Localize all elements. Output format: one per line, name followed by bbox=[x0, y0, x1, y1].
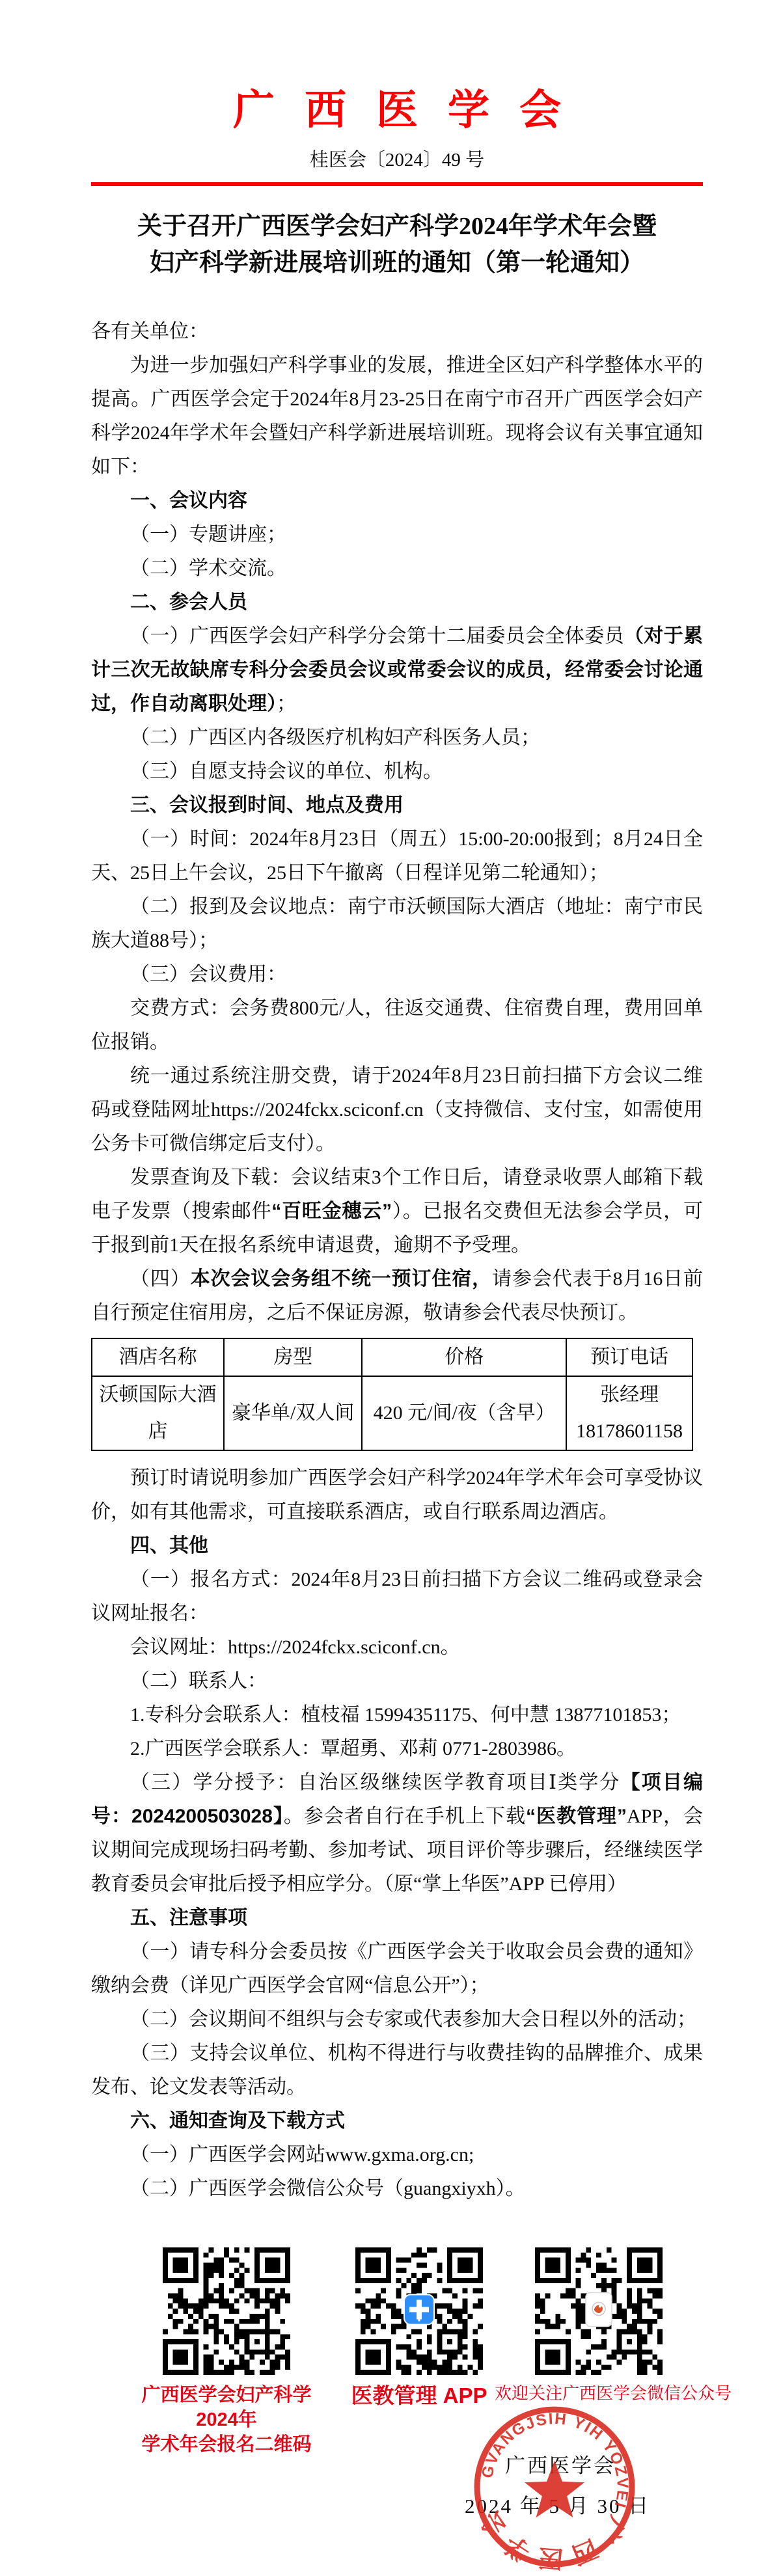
registration-qr-code bbox=[163, 2247, 290, 2375]
paragraph: （一）广西医学会网站www.gxma.org.cn; bbox=[91, 2138, 703, 2172]
section-heading: 一、会议内容 bbox=[91, 484, 703, 518]
text-run: （三）学分授予：自治区级继续医学教育项目Ⅰ类学分 bbox=[130, 1772, 621, 1793]
paragraph: 为进一步加强妇产科学事业的发展，推进全区妇产科学整体水平的提高。广西医学会定于2… bbox=[91, 349, 703, 484]
text-run: （一）时间：2024年8月23日（周五）15:00-20:00报到；8月24日全… bbox=[91, 828, 703, 884]
paragraph: （二）广西医学会微信公众号（guangxiyxh）。 bbox=[91, 2172, 703, 2206]
text-run: （一）专题讲座； bbox=[130, 524, 286, 545]
paragraph: （三）会议费用： bbox=[91, 958, 703, 992]
qr-item-yijiao-app: 医教管理 APP bbox=[315, 2247, 523, 2409]
official-seal: GVANGJSIH YIH YOZVEI 广西医学会 bbox=[469, 2401, 640, 2573]
qr-pattern bbox=[163, 2247, 290, 2375]
paragraph: 会议网址：https://2024fckx.sciconf.cn。 bbox=[91, 1631, 703, 1664]
section-heading: 五、注意事项 bbox=[91, 1901, 703, 1935]
document-title: 关于召开广西医学会妇产科学2024年学术年会暨 妇产科学新进展培训班的通知（第一… bbox=[91, 208, 703, 281]
hotel-table-header: 价格 bbox=[362, 1338, 566, 1376]
paragraph: （一）时间：2024年8月23日（周五）15:00-20:00报到；8月24日全… bbox=[91, 822, 703, 890]
text-run: 1.专科分会联系人：植枝福 15994351175、何中慧 1387710185… bbox=[130, 1704, 681, 1726]
seal-star bbox=[525, 2461, 584, 2517]
text-run: 2.广西医学会联系人：覃超勇、邓莉 0771-2803986。 bbox=[130, 1738, 576, 1759]
text-run: （二）联系人： bbox=[130, 1670, 267, 1692]
paragraph: （二）会议期间不组织与会专家或代表参加大会日程以外的活动； bbox=[91, 2003, 703, 2037]
paragraph: 2.广西医学会联系人：覃超勇、邓莉 0771-2803986。 bbox=[91, 1732, 703, 1766]
paragraph: 统一通过系统注册交费，请于2024年8月23日前扫描下方会议二维码或登陆网址ht… bbox=[91, 1059, 703, 1161]
hotel-table: 酒店名称房型价格预订电话沃顿国际大酒店豪华单/双人间420 元/间/夜（含早）张… bbox=[91, 1338, 693, 1451]
text-run: （三）支持会议单位、机构不得进行与收费挂钩的品牌推介、成果发布、论文发表等活动。 bbox=[91, 2042, 703, 2098]
text-run: （一）请专科分会委员按《广西医学会关于收取会员会费的通知》缴纳会费（详见广西医学… bbox=[91, 1941, 703, 1996]
text-run: （一）广西医学会妇产科学分会第十二届委员会全体委员 bbox=[130, 625, 624, 647]
emphasis-text: 本次会议会务组不统一预订住宿， bbox=[191, 1268, 492, 1290]
hotel-table-cell: 沃顿国际大酒店 bbox=[92, 1376, 224, 1450]
document-page: 广西医学会 桂医会〔2024〕49 号 关于召开广西医学会妇产科学2024年学术… bbox=[0, 0, 781, 2576]
text-run: 六、通知查询及下载方式 bbox=[130, 2110, 345, 2132]
text-run: 为进一步加强妇产科学事业的发展，推进全区妇产科学整体水平的提高。广西医学会定于2… bbox=[91, 355, 703, 478]
paragraph: 交费方式：会务费800元/人，往返交通费、住宿费自理，费用回单位报销。 bbox=[91, 992, 703, 1059]
paragraph: （二）广西区内各级医疗机构妇产科医务人员； bbox=[91, 721, 703, 755]
text-run: （三）会议费用： bbox=[130, 964, 286, 985]
paragraph: （二）学术交流。 bbox=[91, 552, 703, 586]
paragraph: 各有关单位： bbox=[91, 315, 703, 349]
doc-number: 桂医会〔2024〕49 号 bbox=[91, 148, 703, 172]
org-header-title: 广西医学会 bbox=[91, 86, 703, 135]
paragraph: 1.专科分会联系人：植枝福 15994351175、何中慧 1387710185… bbox=[91, 1698, 703, 1732]
paragraph: （二）报到及会议地点：南宁市沃顿国际大酒店（地址：南宁市民族大道88号）； bbox=[91, 890, 703, 958]
emphasis-text: “医教管理” bbox=[526, 1806, 627, 1827]
paragraph: （三）学分授予：自治区级继续医学教育项目Ⅰ类学分【项目编号：2024200503… bbox=[91, 1766, 703, 1901]
hotel-table-cell: 420 元/间/夜（含早） bbox=[362, 1376, 566, 1450]
qr-item-registration: 广西医学会妇产科学2024年 学术年会报名二维码 bbox=[122, 2247, 331, 2457]
text-run: （二）广西医学会微信公众号（guangxiyxh）。 bbox=[130, 2178, 525, 2199]
hotel-table-header: 酒店名称 bbox=[92, 1338, 224, 1376]
paragraph: （三）支持会议单位、机构不得进行与收费挂钩的品牌推介、成果发布、论文发表等活动。 bbox=[91, 2037, 703, 2104]
paragraph: 发票查询及下载：会议结束3个工作日后，请登录收票人邮箱下载电子发票（搜索邮件“百… bbox=[91, 1161, 703, 1262]
section-heading: 三、会议报到时间、地点及费用 bbox=[91, 789, 703, 822]
text-run: （四） bbox=[130, 1268, 191, 1290]
text-run: 一、会议内容 bbox=[130, 490, 247, 511]
section-heading: 四、其他 bbox=[91, 1529, 703, 1563]
text-run: （二）报到及会议地点：南宁市沃顿国际大酒店（地址：南宁市民族大道88号）； bbox=[91, 896, 703, 951]
qr-caption-registration: 广西医学会妇产科学2024年 学术年会报名二维码 bbox=[122, 2383, 331, 2457]
paragraph: 预订时请说明参加广西医学会妇产科学2024年学术年会可享受协议价，如有其他需求，… bbox=[91, 1461, 703, 1529]
text-run: 二、参会人员 bbox=[130, 591, 247, 613]
text-run: 五、注意事项 bbox=[130, 1907, 247, 1929]
text-run: （三）自愿支持会议的单位、机构。 bbox=[130, 761, 443, 782]
text-run: （二）会议期间不组织与会专家或代表参加大会日程以外的活动； bbox=[130, 2009, 696, 2030]
paragraph: （一）请专科分会委员按《广西医学会关于收取会员会费的通知》缴纳会费（详见广西医学… bbox=[91, 1935, 703, 2003]
text-run: 四、其他 bbox=[130, 1535, 208, 1556]
section-heading: 二、参会人员 bbox=[91, 586, 703, 619]
text-run: （一）广西医学会网站www.gxma.org.cn; bbox=[130, 2144, 474, 2165]
red-divider-line bbox=[91, 182, 703, 186]
text-run: （二）广西区内各级医疗机构妇产科医务人员； bbox=[130, 727, 540, 748]
text-run: 会议网址：https://2024fckx.sciconf.cn。 bbox=[130, 1636, 460, 1658]
section-heading: 六、通知查询及下载方式 bbox=[91, 2104, 703, 2138]
wechat-qr-code bbox=[535, 2247, 663, 2375]
hotel-table-cell: 豪华单/双人间 bbox=[224, 1376, 362, 1450]
text-run: 统一通过系统注册交费，请于2024年8月23日前扫描下方会议二维码或登陆网址ht… bbox=[91, 1065, 703, 1154]
text-run: （二）学术交流。 bbox=[130, 558, 286, 579]
document-title-line1: 关于召开广西医学会妇产科学2024年学术年会暨 bbox=[91, 208, 703, 245]
paragraph: （三）自愿支持会议的单位、机构。 bbox=[91, 755, 703, 789]
qr-item-wechat: 欢迎关注广西医学会微信公众号 bbox=[495, 2247, 703, 2405]
document-content: 广西医学会 桂医会〔2024〕49 号 关于召开广西医学会妇产科学2024年学术… bbox=[0, 0, 781, 2443]
yijiao-app-qr-code bbox=[355, 2247, 483, 2375]
text-run: （一）报名方式：2024年8月23日前扫描下方会议二维码或登录会议网址报名： bbox=[91, 1569, 703, 1624]
gxma-logo-icon bbox=[585, 2292, 612, 2331]
text-run: ； bbox=[277, 693, 296, 714]
paragraph: （一）广西医学会妇产科学分会第十二届委员会全体委员（对于累计三次无故缺席专科分会… bbox=[91, 619, 703, 721]
document-title-line2: 妇产科学新进展培训班的通知（第一轮通知） bbox=[91, 245, 703, 281]
hotel-table-header: 预订电话 bbox=[566, 1338, 692, 1376]
text-run: 三、会议报到时间、地点及费用 bbox=[130, 794, 404, 816]
hotel-table-row: 沃顿国际大酒店豪华单/双人间420 元/间/夜（含早）张经理 181786011… bbox=[92, 1376, 692, 1450]
text-run: 各有关单位： bbox=[91, 321, 208, 342]
emphasis-text: “百旺金穗云” bbox=[271, 1200, 392, 1222]
hotel-table-cell: 张经理 18178601158 bbox=[566, 1376, 692, 1450]
document-body: 各有关单位：为进一步加强妇产科学事业的发展，推进全区妇产科学整体水平的提高。广西… bbox=[91, 315, 703, 2206]
paragraph: （四）本次会议会务组不统一预订住宿，请参会代表于8月16日前自行预定住宿用房，之… bbox=[91, 1262, 703, 1330]
paragraph: （一）报名方式：2024年8月23日前扫描下方会议二维码或登录会议网址报名： bbox=[91, 1563, 703, 1631]
text-run: 。参会者自行在手机上下载 bbox=[284, 1806, 526, 1827]
paragraph: （一）专题讲座； bbox=[91, 518, 703, 552]
text-run: 交费方式：会务费800元/人，往返交通费、住宿费自理，费用回单位报销。 bbox=[91, 997, 703, 1053]
hotel-table-header: 房型 bbox=[224, 1338, 362, 1376]
paragraph: （二）联系人： bbox=[91, 1664, 703, 1698]
medical-plus-app-icon bbox=[404, 2294, 435, 2329]
text-run: 预订时请说明参加广西医学会妇产科学2024年学术年会可享受协议价，如有其他需求，… bbox=[91, 1467, 703, 1523]
